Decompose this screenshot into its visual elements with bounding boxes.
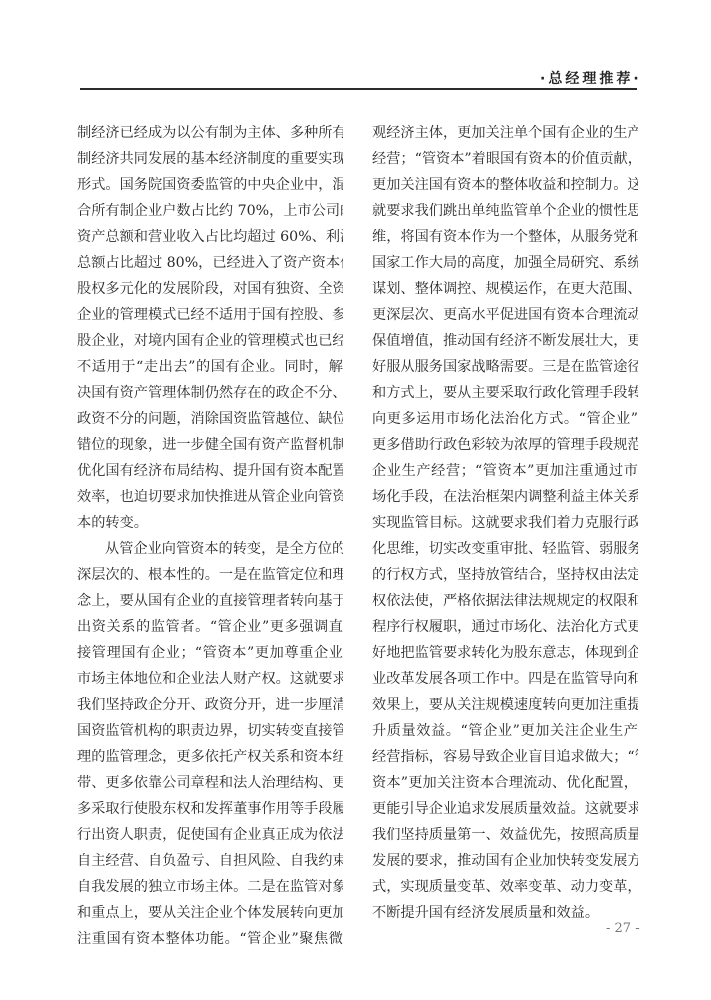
text-line: 升质量效益。“管企业”更加关注企业生产 <box>372 718 638 744</box>
text-line: 注重国有资本整体功能。“管企业”聚焦微 <box>77 926 343 952</box>
text-line: 总额占比超过 80%，已经进入了资产资本化、 <box>77 250 343 276</box>
text-line: 不断提升国有经济发展质量和效益。 <box>372 900 638 926</box>
text-line: 企业的管理模式已经不适用于国有控股、参 <box>77 302 343 328</box>
text-line: 我们坚持质量第一、效益优先，按照高质量 <box>372 822 638 848</box>
text-line: 场化手段，在法治框架内调整利益主体关系、 <box>372 484 638 510</box>
text-line: 本的转变。 <box>77 510 343 536</box>
text-line: 自我发展的独立市场主体。二是在监管对象 <box>77 874 343 900</box>
text-line: 好服从服务国家战略需要。三是在监管途径 <box>372 354 638 380</box>
text-line: 制经济共同发展的基本经济制度的重要实现 <box>77 146 343 172</box>
text-line: 就要求我们跳出单纯监管单个企业的惯性思 <box>372 198 638 224</box>
text-line: 化思维，切实改变重审批、轻监管、弱服务 <box>372 536 638 562</box>
header-divider <box>80 88 637 90</box>
text-line: 和方式上，要从主要采取行政化管理手段转 <box>372 380 638 406</box>
text-line: 决国有资产管理体制仍然存在的政企不分、 <box>77 380 343 406</box>
text-column-left: 制经济已经成为以公有制为主体、多种所有制经济共同发展的基本经济制度的重要实现形式… <box>77 120 343 952</box>
text-line: 股企业，对境内国有企业的管理模式也已经 <box>77 328 343 354</box>
text-line: 市场主体地位和企业法人财产权。这就要求 <box>77 666 343 692</box>
text-line: 念上，要从国有企业的直接管理者转向基于 <box>77 588 343 614</box>
text-line: 向更多运用市场化法治化方式。“管企业” <box>372 406 638 432</box>
text-line: 错位的现象，进一步健全国有资产监督机制、 <box>77 432 343 458</box>
text-line: 好地把监管要求转化为股东意志，体现到企 <box>372 640 638 666</box>
text-line: 出资关系的监管者。“管企业”更多强调直 <box>77 614 343 640</box>
text-line: 权依法使，严格依据法律法规规定的权限和 <box>372 588 638 614</box>
text-line: 更能引导企业追求发展质量效益。这就要求 <box>372 796 638 822</box>
text-line: 理的监管理念，更多依托产权关系和资本纽 <box>77 744 343 770</box>
text-line: 形式。国务院国资委监管的中央企业中，混 <box>77 172 343 198</box>
text-line: 经营；“管资本”着眼国有资本的价值贡献， <box>372 146 638 172</box>
text-line: 更深层次、更高水平促进国有资本合理流动、 <box>372 302 638 328</box>
text-line: 经营指标，容易导致企业盲目追求做大；“管 <box>372 744 638 770</box>
text-line: 效率，也迫切要求加快推进从管企业向管资 <box>77 484 343 510</box>
text-line: 国资监管机构的职责边界，切实转变直接管 <box>77 718 343 744</box>
section-header-title: ·总经理推荐· <box>540 68 642 88</box>
text-line: 式，实现质量变革、效率变革、动力变革， <box>372 874 638 900</box>
page-number: - 27 - <box>606 921 640 936</box>
text-column-right: 观经济主体，更加关注单个国有企业的生产经营；“管资本”着眼国有资本的价值贡献，更… <box>372 120 638 926</box>
text-line: 更加关注国有资本的整体收益和控制力。这 <box>372 172 638 198</box>
text-line: 的行权方式，坚持放管结合，坚持权由法定、 <box>372 562 638 588</box>
text-line: 资本”更加关注资本合理流动、优化配置， <box>372 770 638 796</box>
text-line: 资产总额和营业收入占比均超过 60%、利润 <box>77 224 343 250</box>
text-line: 更多借助行政色彩较为浓厚的管理手段规范 <box>372 432 638 458</box>
text-line: 合所有制企业户数占比约 70%，上市公司的 <box>77 198 343 224</box>
text-line: 政资不分的问题，消除国资监管越位、缺位、 <box>77 406 343 432</box>
text-line: 制经济已经成为以公有制为主体、多种所有 <box>77 120 343 146</box>
text-line: 股权多元化的发展阶段，对国有独资、全资 <box>77 276 343 302</box>
text-line: 行出资人职责，促使国有企业真正成为依法 <box>77 822 343 848</box>
text-line: 效果上，要从关注规模速度转向更加注重提 <box>372 692 638 718</box>
text-line: 接管理国有企业；“管资本”更加尊重企业 <box>77 640 343 666</box>
text-line: 观经济主体，更加关注单个国有企业的生产 <box>372 120 638 146</box>
text-line: 和重点上，要从关注企业个体发展转向更加 <box>77 900 343 926</box>
text-line: 我们坚持政企分开、政资分开，进一步厘清 <box>77 692 343 718</box>
text-line: 从管企业向管资本的转变，是全方位的、 <box>77 536 343 562</box>
text-line: 发展的要求，推动国有企业加快转变发展方 <box>372 848 638 874</box>
text-line: 保值增值，推动国有经济不断发展壮大，更 <box>372 328 638 354</box>
text-line: 维，将国有资本作为一个整体，从服务党和 <box>372 224 638 250</box>
text-line: 国家工作大局的高度，加强全局研究、系统 <box>372 250 638 276</box>
text-line: 自主经营、自负盈亏、自担风险、自我约束、 <box>77 848 343 874</box>
text-line: 实现监管目标。这就要求我们着力克服行政 <box>372 510 638 536</box>
text-line: 业改革发展各项工作中。四是在监管导向和 <box>372 666 638 692</box>
text-line: 不适用于“走出去”的国有企业。同时，解 <box>77 354 343 380</box>
text-line: 深层次的、根本性的。一是在监管定位和理 <box>77 562 343 588</box>
text-line: 程序行权履职，通过市场化、法治化方式更 <box>372 614 638 640</box>
text-line: 优化国有经济布局结构、提升国有资本配置 <box>77 458 343 484</box>
text-line: 企业生产经营；“管资本”更加注重通过市 <box>372 458 638 484</box>
text-line: 多采取行使股东权和发挥董事作用等手段履 <box>77 796 343 822</box>
text-line: 带、更多依靠公司章程和法人治理结构、更 <box>77 770 343 796</box>
text-line: 谋划、整体调控、规模运作，在更大范围、 <box>372 276 638 302</box>
